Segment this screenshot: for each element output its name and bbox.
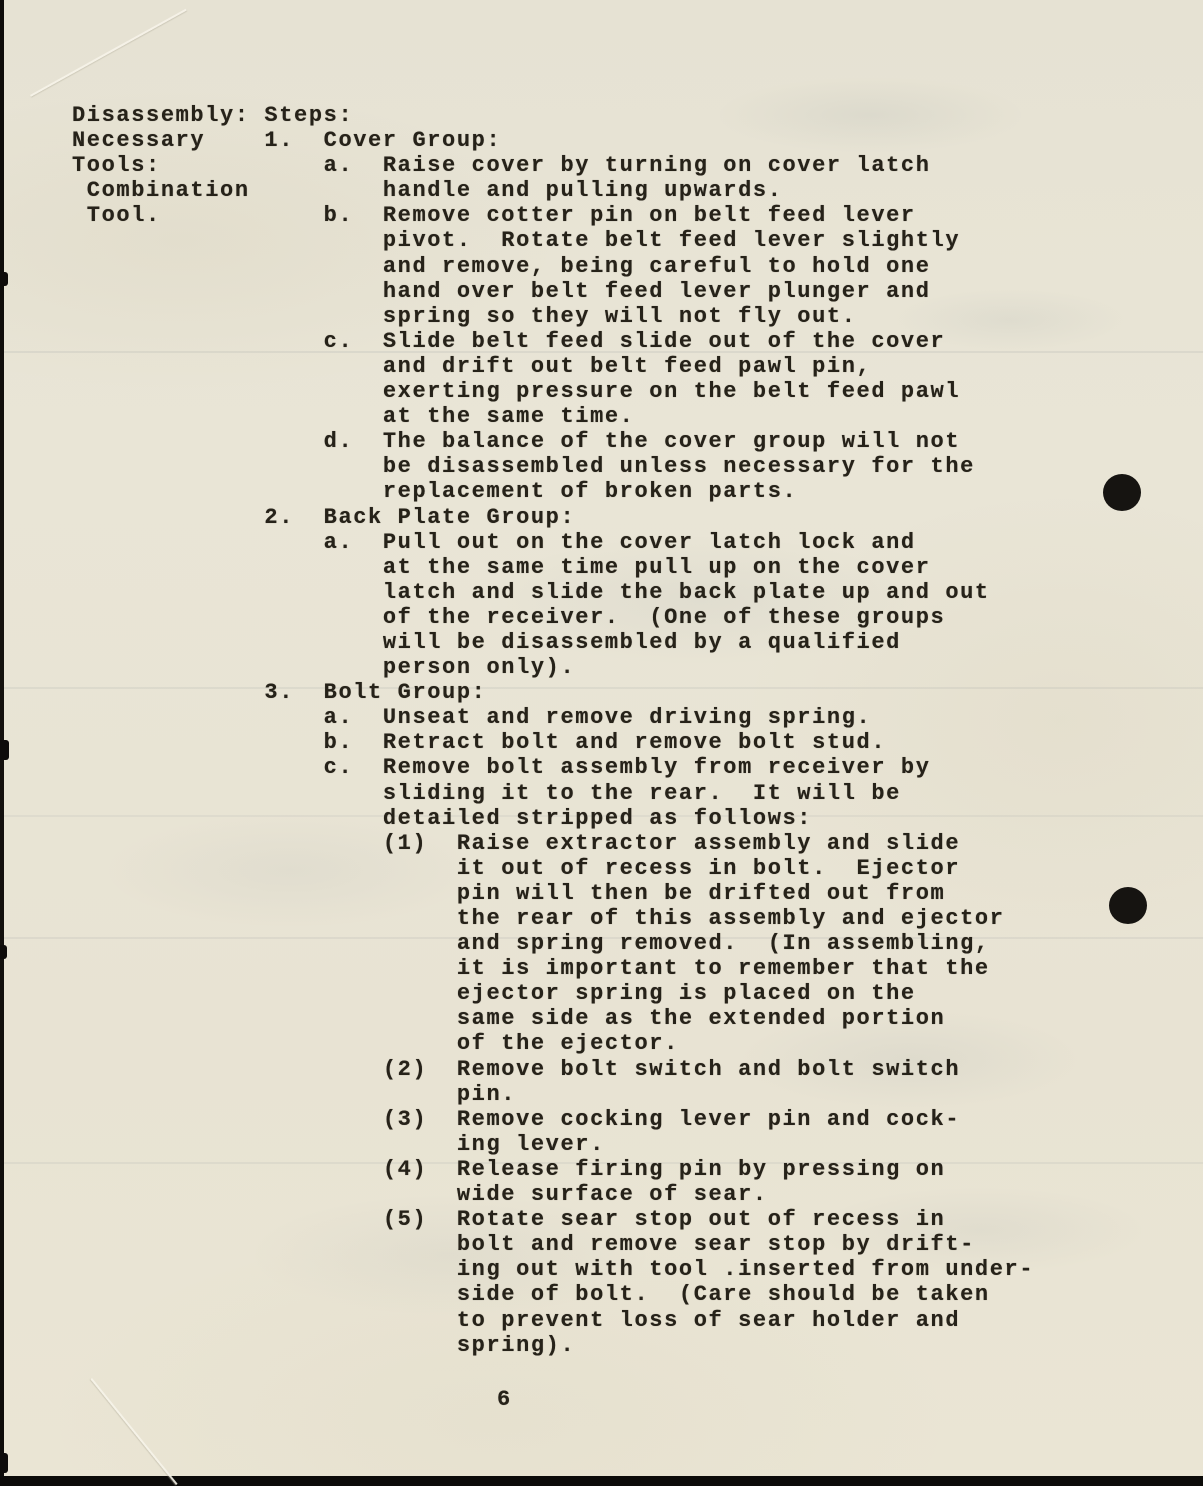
hole-punch-mark-icon xyxy=(1103,474,1141,511)
scan-edge-artifact xyxy=(0,272,8,286)
scanned-document-page: Disassembly: Steps: Necessary 1. Cover G… xyxy=(0,0,1203,1486)
hole-punch-mark-icon xyxy=(1109,887,1147,924)
scan-edge-artifact xyxy=(0,740,9,760)
scan-edge-artifact xyxy=(0,945,7,959)
scan-edge-artifact xyxy=(0,1453,8,1473)
typewritten-text: Disassembly: Steps: Necessary 1. Cover G… xyxy=(72,103,1034,1358)
page-number: 6 xyxy=(497,1387,512,1412)
scan-edge-bottom xyxy=(0,1476,1203,1486)
